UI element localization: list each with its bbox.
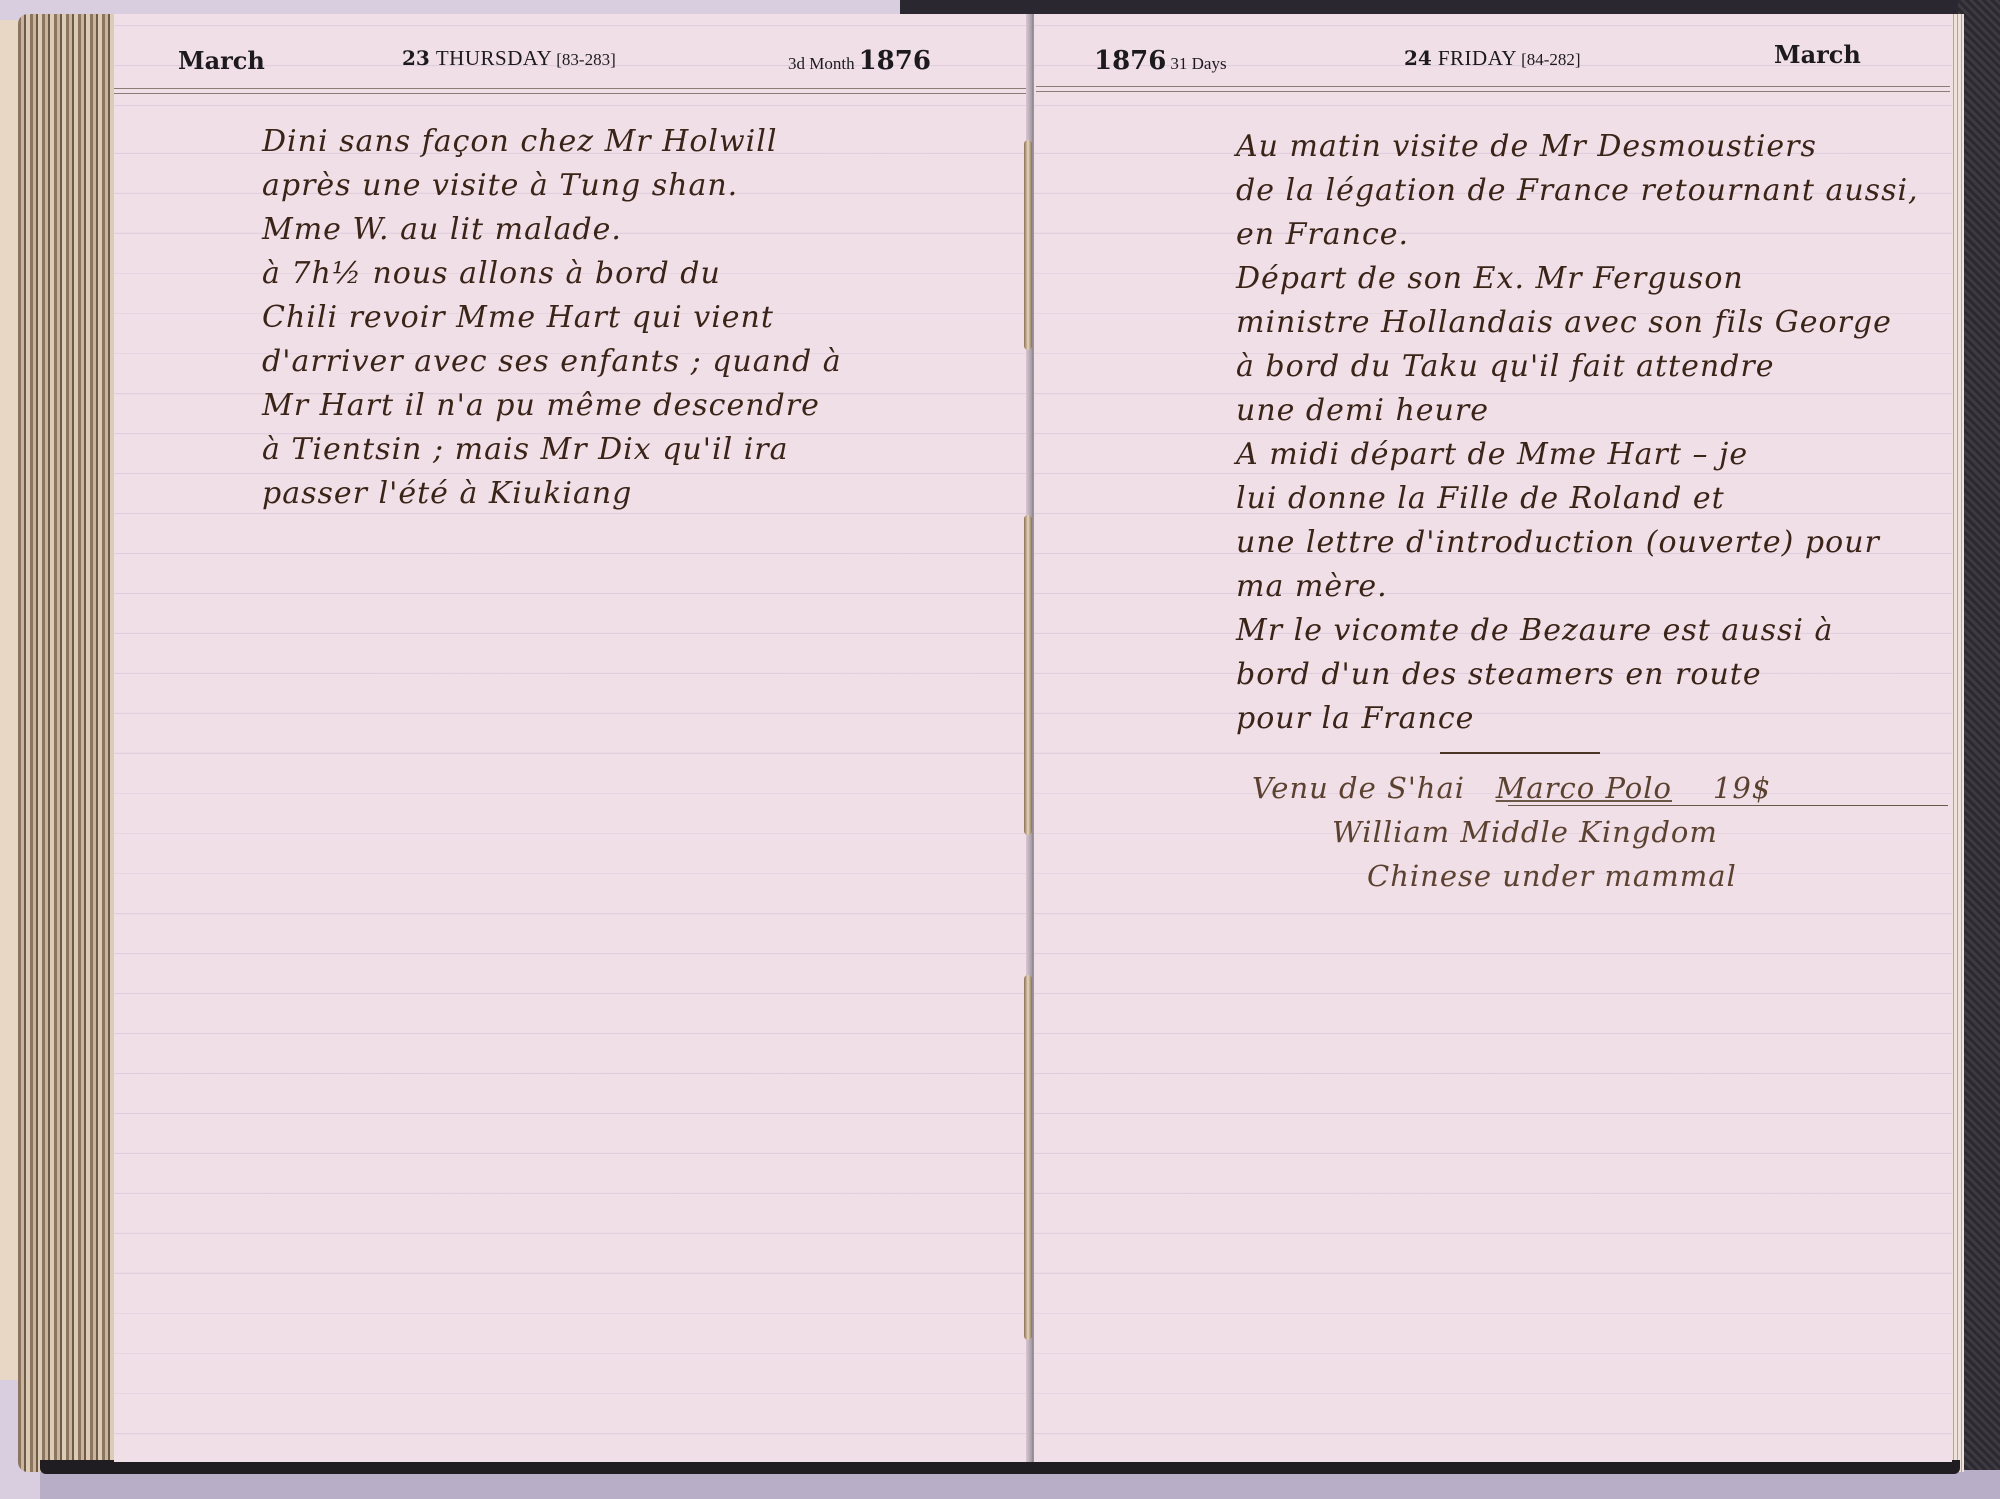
entry-line: lui donne la Fille de Roland et [1236, 477, 1919, 521]
entry-line: en France. [1236, 213, 1919, 257]
note-text: Venu de S'hai [1252, 771, 1465, 805]
note-line: William Middle Kingdom [1252, 810, 1771, 854]
left-month-year: 3d Month 1876 [788, 46, 931, 76]
right-entry: Au matin visite de Mr Desmoustiers de la… [1236, 125, 1919, 741]
entry-line: ministre Hollandais avec son fils George [1236, 301, 1919, 345]
entry-line: Au matin visite de Mr Desmoustiers [1236, 125, 1919, 169]
right-day-count: [84-282] [1521, 50, 1580, 69]
book-bottom-edge [40, 1460, 1960, 1474]
entry-line: bord d'un des steamers en route [1236, 653, 1919, 697]
right-date: 24FRIDAY[84-282] [1404, 46, 1581, 71]
entry-line: Mr Hart il n'a pu même descendre [262, 384, 842, 428]
left-header-rule [114, 88, 1028, 94]
right-note: Venu de S'hai Marco Polo 19$ William Mid… [1252, 766, 1771, 898]
entry-line: de la légation de France retournant auss… [1236, 169, 1919, 213]
book-cover-right [1958, 0, 2000, 1470]
left-month: March [178, 46, 265, 75]
right-page-header: 1876 31 Days 24FRIDAY[84-282] March [1094, 46, 1874, 86]
entry-line: à Tientsin ; mais Mr Dix qu'il ira [262, 428, 842, 472]
right-days-in-month: 31 Days [1170, 54, 1226, 73]
entry-line: passer l'été à Kiukiang [262, 472, 842, 516]
entry-line: à 7h½ nous allons à bord du [262, 252, 842, 296]
entry-line: Chili revoir Mme Hart qui vient [262, 296, 842, 340]
entry-line: Dini sans façon chez Mr Holwill [262, 120, 842, 164]
entry-line: Mme W. au lit malade. [262, 208, 842, 252]
entry-line: d'arriver avec ses enfants ; quand à [262, 340, 842, 384]
left-day-name: THURSDAY [436, 46, 552, 70]
right-year-days: 1876 31 Days [1094, 46, 1227, 76]
entry-line: ma mère. [1236, 565, 1919, 609]
right-day-name: FRIDAY [1438, 46, 1517, 70]
note-line: Chinese under mammal [1252, 854, 1771, 898]
page-edges-left [18, 14, 114, 1472]
left-page-header: March 23THURSDAY[83-283] 3d Month 1876 [178, 46, 958, 86]
entry-line: Départ de son Ex. Mr Ferguson [1236, 257, 1919, 301]
entry-line: une demi heure [1236, 389, 1919, 433]
binding-thread [1024, 515, 1032, 835]
left-entry: Dini sans façon chez Mr Holwill après un… [262, 120, 842, 516]
note-number: 19$ [1713, 771, 1771, 805]
left-month-label: 3d Month [788, 54, 855, 73]
left-day-count: [83-283] [556, 50, 615, 69]
entry-line: pour la France [1236, 697, 1919, 741]
left-date: 23THURSDAY[83-283] [402, 46, 616, 71]
book-cover-top [900, 0, 2000, 14]
entry-line: A midi départ de Mme Hart – je [1236, 433, 1919, 477]
right-day-number: 24 [1404, 46, 1432, 70]
ship-name: Marco Polo [1496, 771, 1672, 805]
binding-thread [1024, 140, 1032, 350]
note-underline [1508, 805, 1948, 806]
separator-stroke [1440, 752, 1600, 754]
binding-thread [1024, 975, 1032, 1340]
entry-line: après une visite à Tung shan. [262, 164, 842, 208]
page-edges-right [1950, 14, 1964, 1472]
note-line: Venu de S'hai Marco Polo 19$ [1252, 766, 1771, 810]
entry-line: Mr le vicomte de Bezaure est aussi à [1236, 609, 1919, 653]
right-month: March [1774, 40, 1861, 69]
left-year: 1876 [859, 46, 931, 76]
right-year: 1876 [1094, 46, 1166, 76]
left-day-number: 23 [402, 46, 430, 70]
right-header-rule [1036, 86, 1950, 92]
entry-line: une lettre d'introduction (ouverte) pour [1236, 521, 1919, 565]
entry-line: à bord du Taku qu'il fait attendre [1236, 345, 1919, 389]
book-cover-bottom [40, 1470, 2000, 1499]
